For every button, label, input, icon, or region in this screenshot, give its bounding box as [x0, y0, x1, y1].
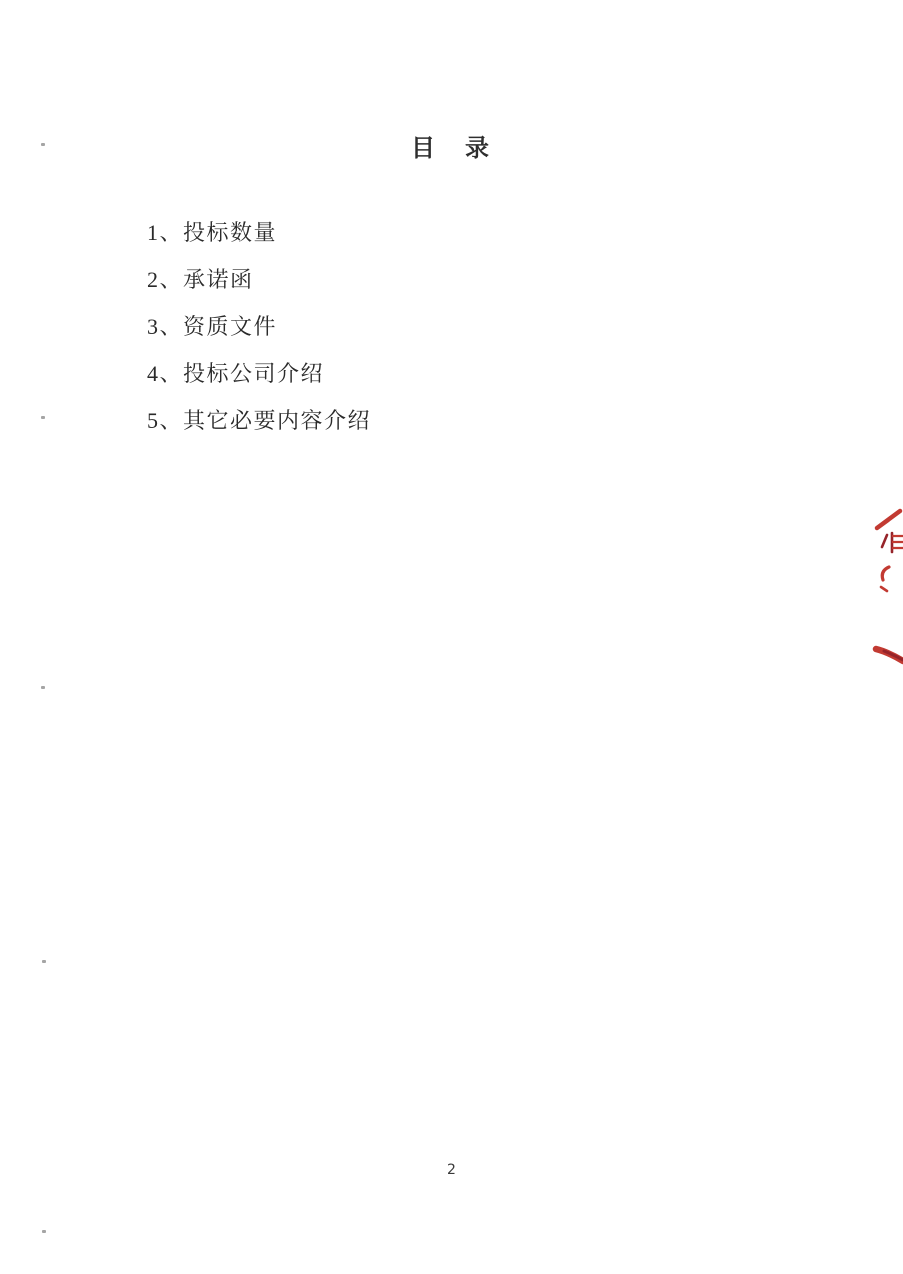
- scan-artifact-dot: [41, 686, 45, 689]
- scan-artifact-dot: [42, 1230, 46, 1233]
- red-stamp-fragment-bottom: [868, 638, 903, 674]
- toc-list: 1、投标数量 2、承诺函 3、资质文件 4、投标公司介绍 5、其它必要内容介绍: [147, 221, 371, 432]
- toc-item-2: 2、承诺函: [147, 268, 371, 291]
- page-title: 目 录: [0, 128, 903, 163]
- toc-item-5: 5、其它必要内容介绍: [147, 409, 371, 432]
- document-page: 目 录 1、投标数量 2、承诺函 3、资质文件 4、投标公司介绍 5、其它必要内…: [0, 0, 903, 1274]
- page-number: 2: [0, 1162, 903, 1178]
- toc-item-4: 4、投标公司介绍: [147, 362, 371, 385]
- toc-item-3: 3、资质文件: [147, 315, 371, 338]
- scanned-document-page: { "document": { "title": "目 录", "toc": […: [0, 0, 903, 1274]
- toc-item-1: 1、投标数量: [147, 221, 371, 244]
- scan-artifact-dot: [41, 416, 45, 419]
- scan-artifact-dot: [42, 960, 46, 963]
- red-stamp-fragment-top: [863, 495, 903, 603]
- scan-artifact-dot: [41, 143, 45, 146]
